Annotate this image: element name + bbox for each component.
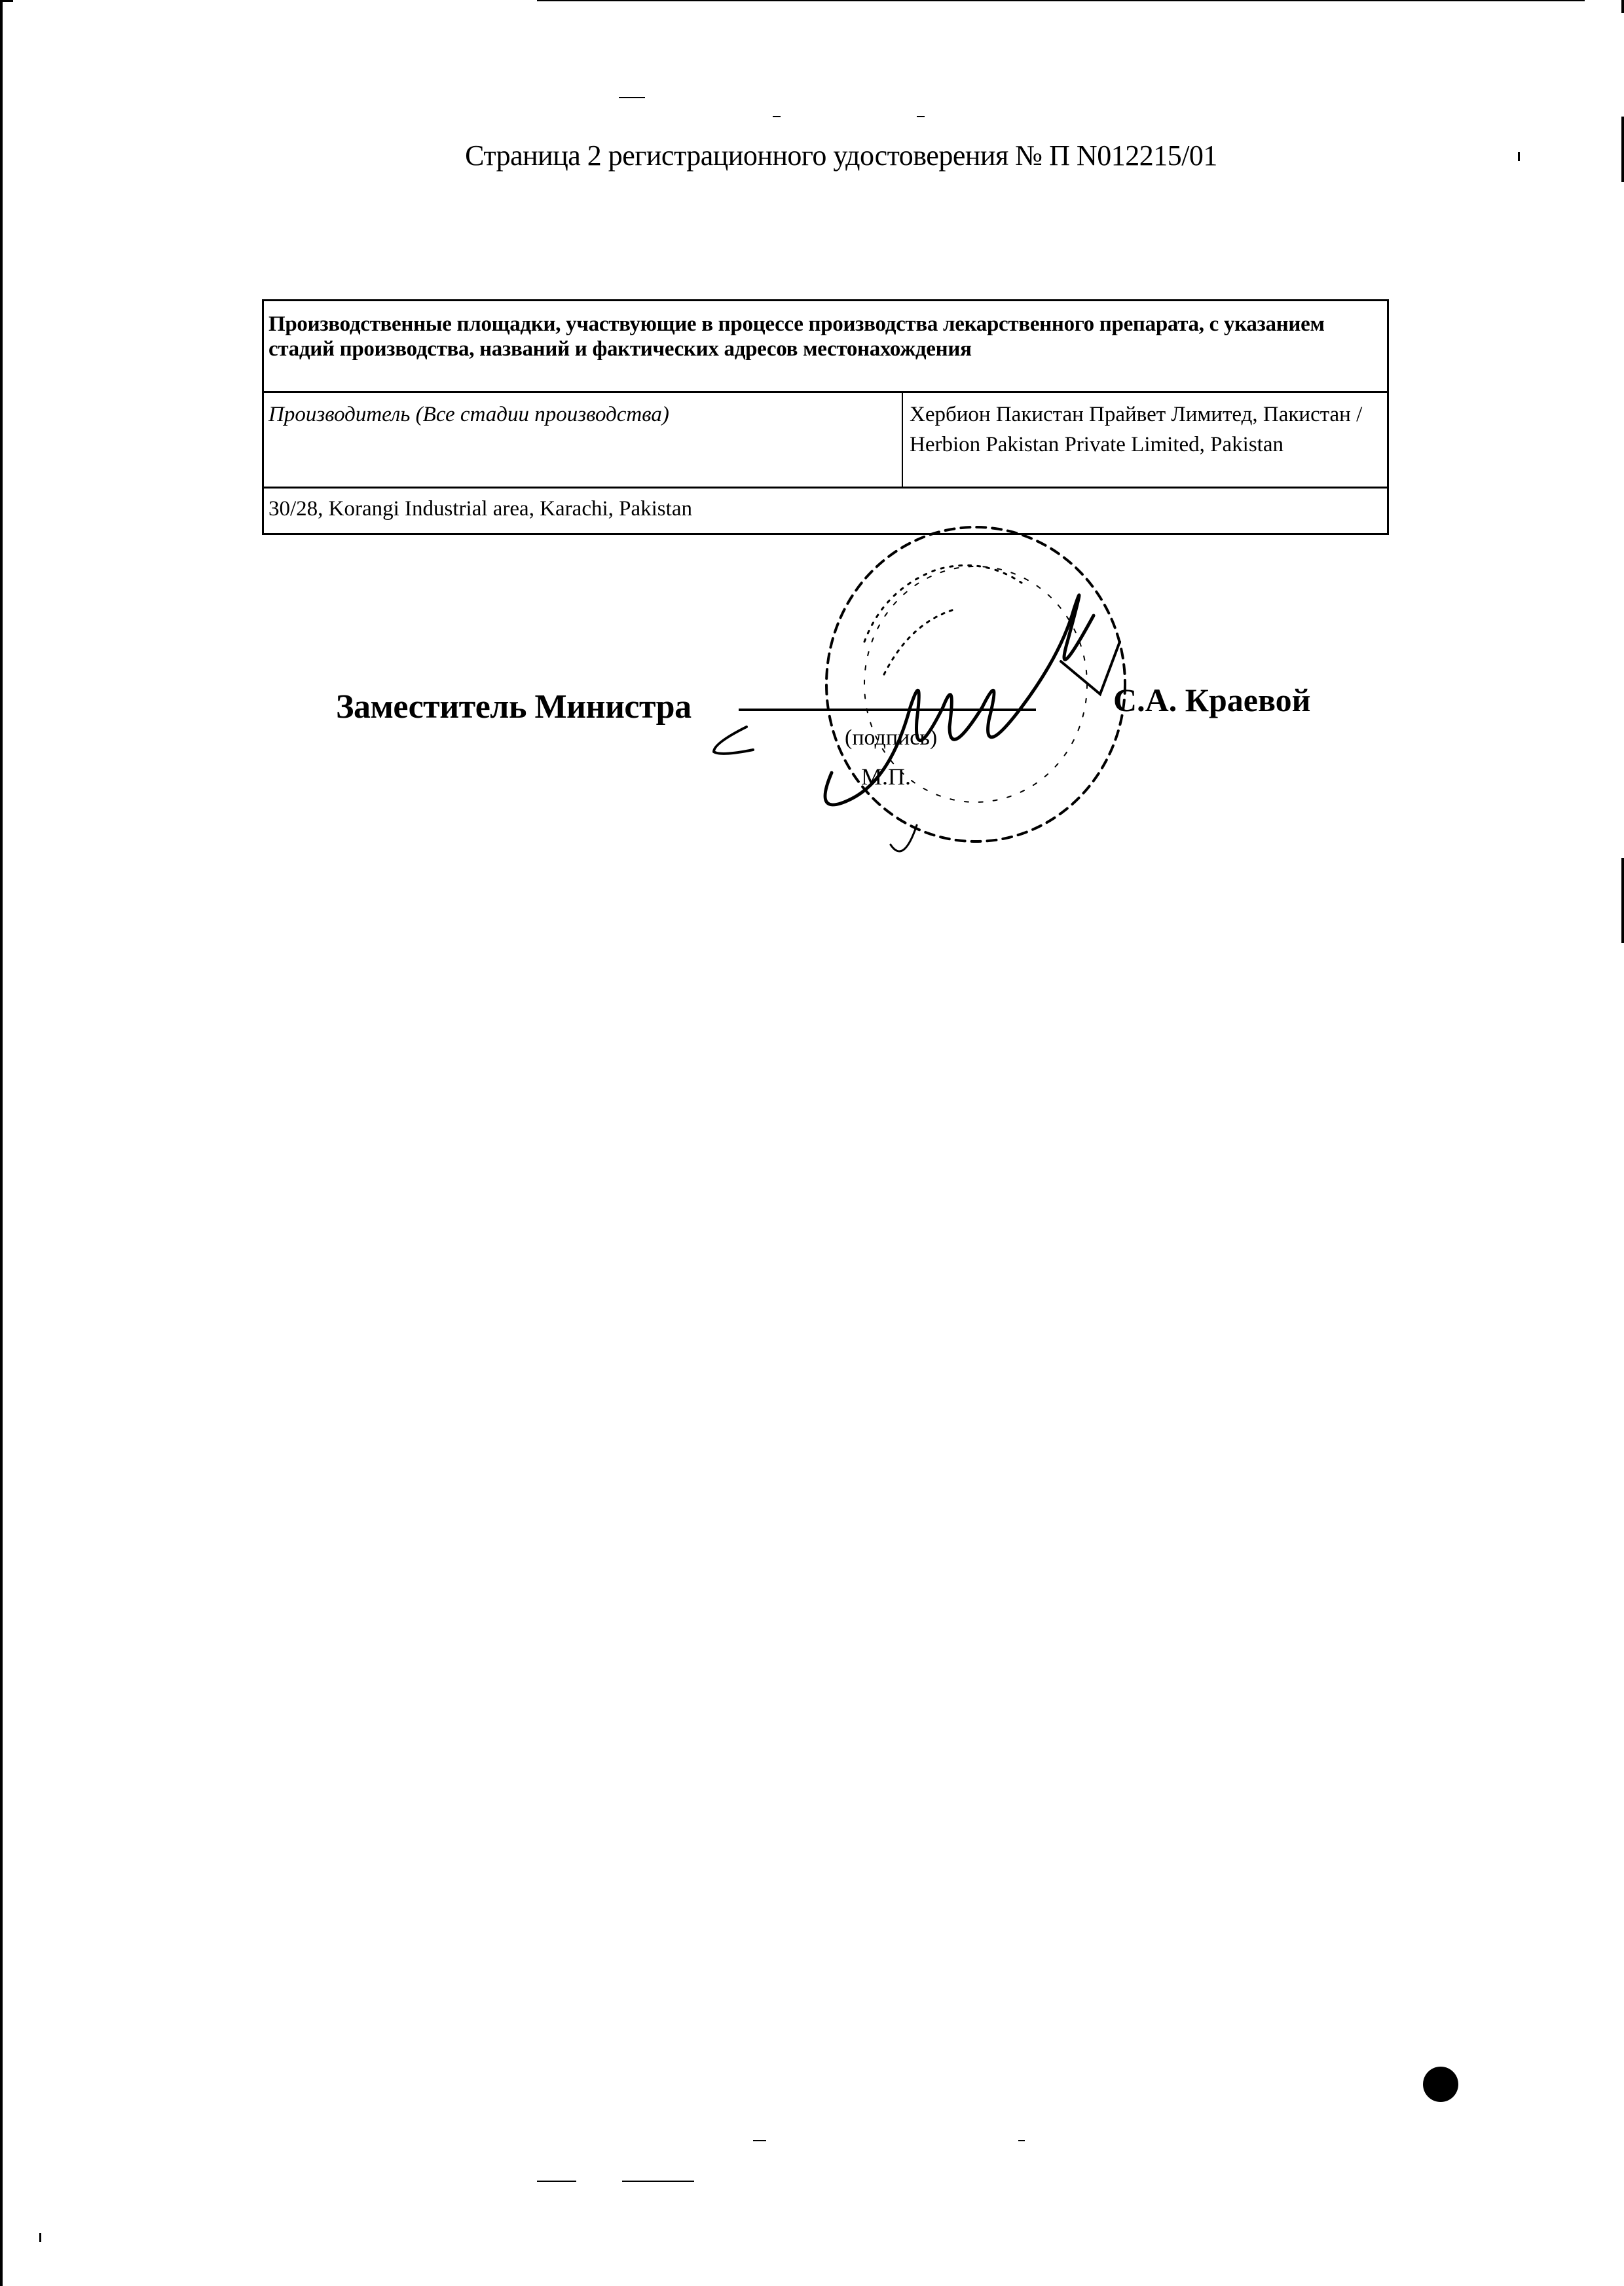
table-row: Производитель (Все стадии производства) …: [264, 393, 1387, 489]
signature-flourish-icon: [707, 720, 799, 760]
producer-label: Производитель (Все стадии производства): [268, 402, 669, 427]
scan-noise: [1018, 2140, 1025, 2141]
scan-noise: [537, 2181, 576, 2182]
scan-edge-left: [0, 0, 3, 2286]
manufacturing-sites-table: Производственные площадки, участвующие в…: [262, 299, 1389, 535]
scan-noise: [1518, 152, 1520, 161]
scan-noise: [619, 97, 645, 98]
seal-caption: М.П.: [861, 763, 911, 790]
scan-noise: [917, 116, 925, 117]
scan-edge-right-2: [1621, 117, 1624, 182]
column-divider: [902, 393, 903, 487]
scan-artifact-dot: [1423, 2067, 1458, 2102]
signature-caption: (подпись): [845, 726, 937, 750]
producer-name: Хербион Пакистан Прайвет Лимитед, Пакист…: [910, 399, 1381, 460]
scan-edge-right-1: [1621, 0, 1624, 13]
producer-address: 30/28, Korangi Industrial area, Karachi,…: [268, 496, 692, 521]
signatory-position: Заместитель Министра: [336, 688, 692, 726]
signer-name: С.А. Краевой: [1113, 681, 1310, 719]
scan-edge-right-3: [1621, 858, 1624, 943]
page-title: Страница 2 регистрационного удостоверени…: [462, 139, 1220, 172]
signature-line: [739, 709, 1036, 711]
scan-noise: [753, 2140, 766, 2141]
scan-noise: [39, 2233, 41, 2242]
table-header-row: Производственные площадки, участвующие в…: [264, 301, 1387, 393]
scan-noise: [773, 116, 781, 117]
table-header-text: Производственные площадки, участвующие в…: [268, 312, 1369, 361]
scan-edge-top-right: [537, 0, 1585, 1]
scan-noise: [622, 2181, 694, 2182]
scan-edge-top-left: [0, 0, 13, 2]
